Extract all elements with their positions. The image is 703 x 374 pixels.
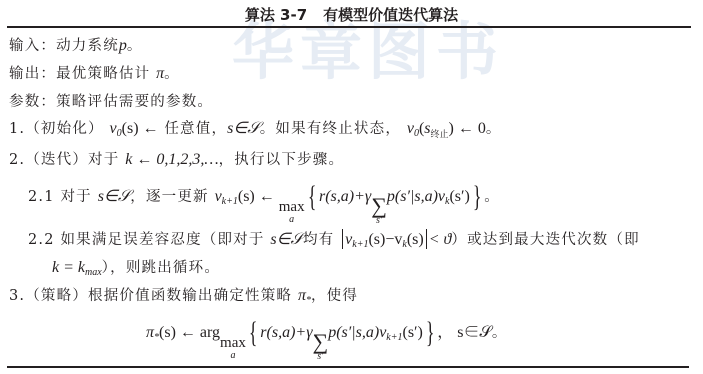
algorithm-name: 有模型价值迭代算法 — [323, 6, 458, 24]
top-rule — [7, 26, 691, 28]
step-text: ，执行以下步骤。 — [219, 152, 345, 168]
punct: 。 — [127, 38, 143, 54]
step-text: 任意值， — [164, 121, 227, 137]
output-line: 输出：最优策略估计 π。 — [9, 62, 180, 83]
step-label: 1.（初始化） — [9, 121, 104, 137]
step-text: ），则跳出循环。 — [102, 260, 220, 276]
kmax-expr: k = kmax — [52, 259, 102, 276]
params-text: 参数：策略评估需要的参数。 — [9, 94, 213, 110]
error-expr: vk+1(s)−vk(s)< ϑ — [340, 231, 451, 248]
algorithm-title: 算法 3-7有模型价值迭代算法 — [0, 4, 703, 25]
bellman-update: vk+1(s) ← maxa{r(s,a)+γ∑s′p(s′|s,a)vk(s′… — [215, 188, 485, 205]
step-text: 。如果有终止状态， — [260, 121, 401, 137]
step-label: 2.（迭代）对于 — [9, 152, 119, 168]
step-label: 2.1 对于 — [28, 189, 92, 205]
punct: 。 — [484, 189, 500, 205]
punct: 。 — [492, 325, 507, 341]
step-2: 2.（迭代）对于 k ← 0,1,2,3,…，执行以下步骤。 — [9, 148, 344, 169]
step-2-2: 2.2 如果满足误差容忍度（即对于 s∈𝒮均有 vk+1(s)−vk(s)< ϑ… — [28, 228, 640, 250]
step-3: 3.（策略）根据价值函数输出确定性策略 π*，使得 — [9, 284, 358, 306]
output-var: π — [156, 65, 164, 82]
punct: 。 — [486, 121, 502, 137]
policy-expr: π*(s) ← argmaxa{r(s,a)+γ∑s′p(s′|s,a)vk+1… — [146, 324, 492, 341]
params-line: 参数：策略评估需要的参数。 — [9, 90, 213, 111]
step-1: 1.（初始化） v0(s) ← 任意值，s∈𝒮。如果有终止状态， v0(s终止)… — [9, 117, 502, 140]
policy-formula: π*(s) ← argmaxa{r(s,a)+γ∑s′p(s′|s,a)vk+1… — [146, 316, 506, 361]
step-2-2-cont: k = kmax），则跳出循环。 — [52, 256, 220, 278]
policy-symbol: π* — [298, 287, 311, 304]
terminal-expr: v0(s终止) ← 0 — [407, 120, 486, 137]
step-label: 2.2 如果满足误差容忍度（即对于 — [28, 232, 265, 248]
step-text: 均有 — [303, 232, 334, 248]
algorithm-number: 算法 3-7 — [245, 6, 307, 24]
input-line: 输入：动力系统p。 — [9, 34, 143, 55]
step-label: 3.（策略）根据价值函数输出确定性策略 — [9, 288, 292, 304]
punct: 。 — [164, 66, 180, 82]
step-2-1: 2.1 对于 s∈𝒮，逐一更新 vk+1(s) ← maxa{r(s,a)+γ∑… — [28, 180, 500, 225]
membership: s∈𝒮 — [270, 231, 303, 248]
v0-expr: v0(s) ← — [110, 120, 159, 137]
step-text: ）或达到最大迭代次数（即 — [451, 232, 639, 248]
membership: s∈𝒮 — [227, 120, 260, 137]
output-label: 输出：最优策略估计 — [9, 66, 156, 82]
input-var: p — [119, 37, 127, 54]
input-label: 输入：动力系统 — [9, 38, 119, 54]
membership: s∈𝒮 — [98, 188, 131, 205]
bottom-rule — [7, 366, 689, 368]
step-text: ，使得 — [311, 288, 358, 304]
step-text: ，逐一更新 — [130, 189, 209, 205]
k-range: k ← 0,1,2,3,… — [125, 151, 218, 168]
